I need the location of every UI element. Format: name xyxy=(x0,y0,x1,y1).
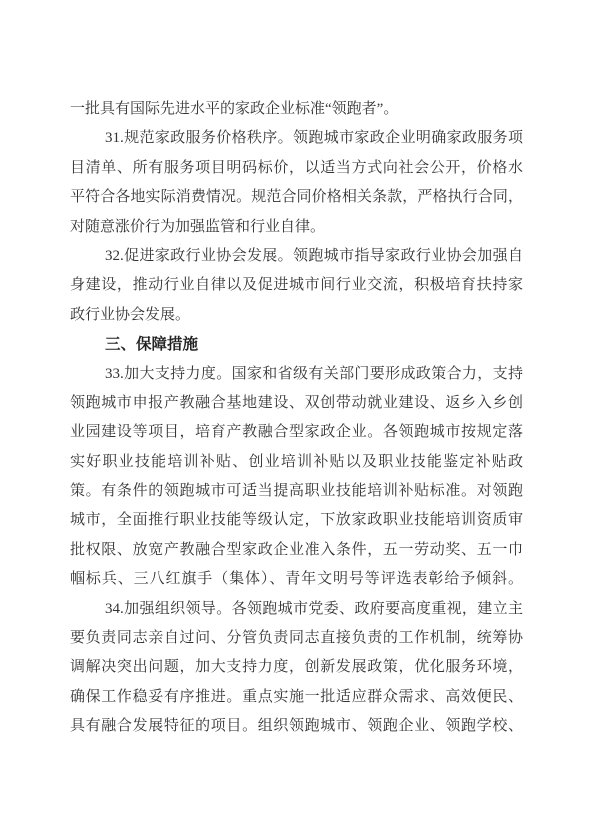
text-line: 32.促进家政行业协会发展。领跑城市指导家政行业协会加强自 xyxy=(70,242,523,271)
text-line: 实好职业技能培训补贴、创业培训补贴以及职业技能鉴定补贴政 xyxy=(70,448,523,477)
text-line: 34.加强组织领导。各领跑城市党委、政府要高度重视，建立主 xyxy=(70,595,523,624)
text-line: 领跑城市申报产教融合基地建设、双创带动就业建设、返乡入乡创 xyxy=(70,389,523,418)
text-line: 一批具有国际先进水平的家政企业标准“领跑者”。 xyxy=(70,95,523,124)
section-heading: 三、保障措施 xyxy=(70,330,523,359)
text-line: 策。有条件的领跑城市可适当提高职业技能培训补贴标准。对领跑 xyxy=(70,477,523,506)
text-line: 调解决突出问题，加大支持力度，创新发展政策，优化服务环境， xyxy=(70,653,523,682)
text-line: 要负责同志亲自过问、分管负责同志直接负责的工作机制，统筹协 xyxy=(70,624,523,653)
text-line: 33.加大支持力度。国家和省级有关部门要形成政策合力，支持 xyxy=(70,360,523,389)
text-line: 身建设，推动行业自律以及促进城市间行业交流，积极培育扶持家 xyxy=(70,271,523,300)
text-line: 确保工作稳妥有序推进。重点实施一批适应群众需求、高效便民、 xyxy=(70,683,523,712)
text-line: 政行业协会发展。 xyxy=(70,301,523,330)
text-line: 31.规范家政服务价格秩序。领跑城市家政企业明确家政服务项 xyxy=(70,124,523,153)
document-text-block: 一批具有国际先进水平的家政企业标准“领跑者”。 31.规范家政服务价格秩序。领跑… xyxy=(70,95,523,742)
document-page: 一批具有国际先进水平的家政企业标准“领跑者”。 31.规范家政服务价格秩序。领跑… xyxy=(0,0,594,829)
text-line: 具有融合发展特征的项目。组织领跑城市、领跑企业、领跑学校、 xyxy=(70,712,523,741)
text-line: 批权限、放宽产教融合型家政企业准入条件，五一劳动奖、五一巾 xyxy=(70,536,523,565)
text-line: 帼标兵、三八红旗手（集体）、青年文明号等评选表彰给予倾斜。 xyxy=(70,565,523,594)
text-line: 城市，全面推行职业技能等级认定，下放家政职业技能培训资质审 xyxy=(70,506,523,535)
text-line: 业园建设等项目，培育产教融合型家政企业。各领跑城市按规定落 xyxy=(70,418,523,447)
text-line: 对随意涨价行为加强监管和行业自律。 xyxy=(70,213,523,242)
text-line: 平符合各地实际消费情况。规范合同价格相关条款，严格执行合同， xyxy=(70,183,523,212)
text-line: 目清单、所有服务项目明码标价，以适当方式向社会公开，价格水 xyxy=(70,154,523,183)
